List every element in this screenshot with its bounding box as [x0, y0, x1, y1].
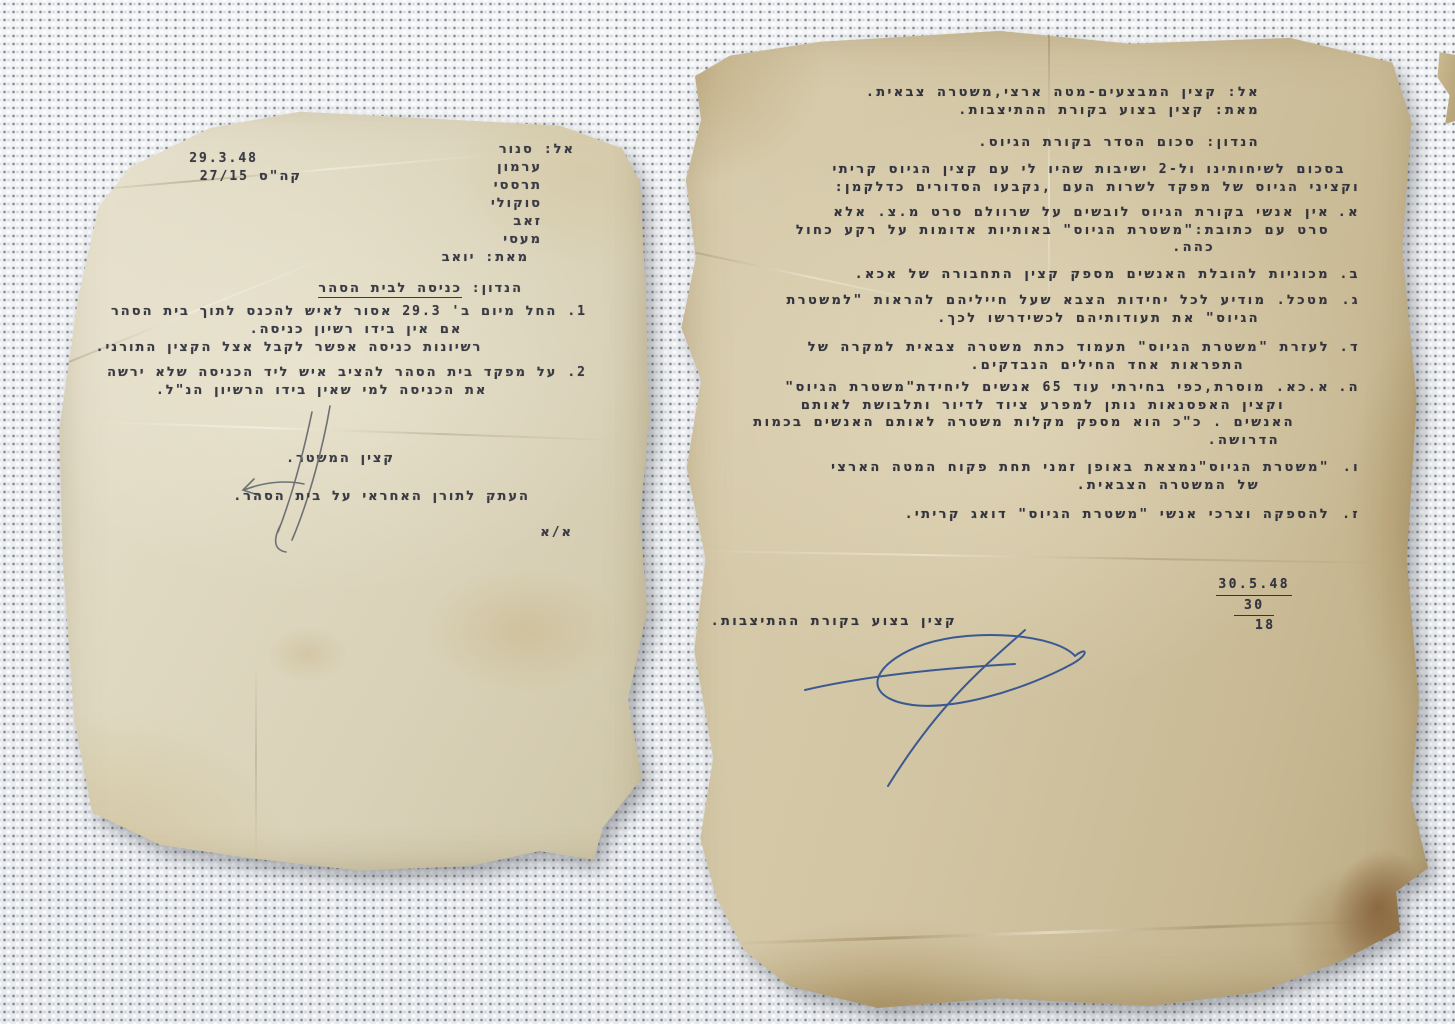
intro-line: בסכום לשיחותינו ול-2 ישיבות שהיו לי עם ק… [833, 161, 1361, 179]
section-letter: ד. [1330, 339, 1360, 357]
left-doc-paragraph-1: 1. החל מיום ב' 29.3 אסור לאיש להכנס לתוך… [96, 303, 587, 357]
section-line: של המשטרה הצבאית. [831, 477, 1330, 495]
from-label: מאת: [1215, 103, 1260, 118]
right-doc-from-line: מאת: קצין בצוע בקורת ההתיצבות. [958, 102, 1260, 120]
address-row: אל: סנור [442, 141, 575, 159]
section-line: הדרושה. [753, 432, 1330, 450]
to-label: אל: [544, 141, 575, 159]
left-doc-paragraph-2: 2. על מפקד בית הסהר להציב איש ליד הכניסה… [107, 364, 587, 400]
section-g: ז. להספקה וצרכי אנשי "משטרת הגיוס" דואג … [905, 506, 1360, 524]
section-line: "משטרת הגיוס"נמצאת באופן זמני תחת פקוח ה… [831, 459, 1330, 477]
section-e: ה. א.כא. מוסרת,כפי בחירתי עוד 65 אנשים ל… [753, 379, 1360, 449]
paragraph-line: על מפקד בית הסהר להציב איש ליד הכניסה של… [107, 364, 557, 382]
left-doc-date: 29.3.48 [189, 150, 258, 168]
section-line: אין אנשי בקורת הגיוס לובשים על שרוולם סר… [796, 204, 1330, 222]
section-f: ו. "משטרת הגיוס"נמצאת באופן זמני תחת פקו… [831, 459, 1360, 494]
subject-label: הנדון: [472, 281, 523, 296]
subject-text: כניסה לבית הסהר [318, 281, 462, 298]
section-letter: ג. [1330, 292, 1360, 310]
signature-ink [770, 618, 1100, 798]
recipient-name: זאב [513, 213, 542, 231]
section-line: להספקה וצרכי אנשי "משטרת הגיוס" דואג קרי… [905, 506, 1330, 524]
section-letter: א. [1330, 204, 1360, 222]
right-doc-subject-line: הנדון: סכום הסדר בקורת הגיוס. [979, 134, 1260, 152]
section-a: א. אין אנשי בקורת הגיוס לובשים על שרוולם… [796, 204, 1360, 257]
file-number-bottom: 18 [1255, 617, 1275, 635]
section-line: מכוניות להובלת האנשים מספק קצין התחבורה … [855, 266, 1330, 284]
address-row: ערמון [442, 159, 542, 177]
section-letter: ה. [1330, 379, 1360, 397]
recipient-name: סוקולי [491, 195, 542, 213]
from-name: יואב [442, 249, 476, 267]
section-line: מטכל. מודיע לכל יחידות הצבא שעל חייליהם … [786, 292, 1330, 310]
right-doc-to-line: אל: קצין המבצעים-מטה ארצי,משטרה צבאית. [866, 84, 1260, 102]
stain-patch [1294, 829, 1436, 993]
section-line: וקצין האפסנאות נותן למפרע ציוד לדיור ותל… [753, 397, 1330, 415]
left-doc-copy-note: העתק לתורן האחראי על בית הסהר. [233, 488, 530, 506]
intro-line: וקציני הגיוס של מפקד לשרות העם ,נקבעו הס… [833, 179, 1361, 197]
left-doc-ref: קה"ס 27/15 [200, 168, 302, 186]
paragraph-line: החל מיום ב' 29.3 אסור לאיש להכנס לתוך בי… [96, 303, 558, 321]
section-line: הגיוס" את תעודותיהם לכשידרשו לכך. [786, 310, 1330, 328]
recipient-name: סנור [499, 141, 534, 159]
section-letter: ב. [1330, 266, 1360, 284]
from-text: קצין בצוע בקורת ההתיצבות. [958, 103, 1204, 118]
recipient-name: מעסי [503, 231, 542, 249]
section-c: ג. מטכל. מודיע לכל יחידות הצבא שעל חיילי… [786, 292, 1360, 327]
subject-label: הנדון: [1206, 135, 1260, 150]
left-doc-subject-line: הנדון: כניסה לבית הסהר [318, 280, 523, 298]
section-d: ד. לעזרת "משטרת הגיוס" תעמוד כתת משטרה צ… [808, 339, 1360, 374]
recipient-name: תרססי [494, 177, 542, 195]
section-line: התפראות אחד החילים הנבדקים. [808, 357, 1330, 375]
right-doc-intro: בסכום לשיחותינו ול-2 ישיבות שהיו לי עם ק… [833, 161, 1361, 196]
address-row-from: מאת: יואב [442, 249, 529, 267]
section-line: סרט עם כתובת:"משטרת הגיוס" באותיות אדומו… [796, 222, 1330, 240]
right-doc-date-block: 30.5.48 30 18 [1216, 576, 1292, 635]
left-doc-address-block: אל: סנור ערמון תרססי סוקולי זאב מעסי מאת… [442, 141, 575, 267]
address-row: מעסי [442, 231, 542, 249]
address-row: תרססי [442, 177, 542, 195]
to-text: קצין המבצעים-מטה ארצי,משטרה צבאית. [866, 85, 1217, 100]
paragraph-number: 2. [567, 364, 587, 382]
crease-line [690, 550, 1390, 564]
photo-of-documents: 29.3.48 קה"ס 27/15 אל: סנור ערמון תרססי … [0, 0, 1455, 1024]
file-number-top: 30 [1234, 597, 1274, 617]
section-line: כהה. [796, 239, 1330, 257]
date-value: 30.5.48 [1216, 576, 1292, 596]
section-letter: ז. [1330, 506, 1360, 524]
paragraph-line: רשיונות כניסה אפשר לקבל אצל הקצין התורני… [96, 339, 558, 357]
section-b: ב. מכוניות להובלת האנשים מספק קצין התחבו… [855, 266, 1360, 284]
subject-text: סכום הסדר בקורת הגיוס. [979, 135, 1197, 150]
address-row: זאב [442, 213, 542, 231]
section-letter: ו. [1330, 459, 1360, 477]
section-line: האנשים . כ"כ הוא מספק מקלות משטרה לאותם … [753, 414, 1330, 432]
from-label: מאת: [485, 249, 529, 267]
recipient-name: ערמון [497, 159, 542, 177]
section-line: א.כא. מוסרת,כפי בחירתי עוד 65 אנשים ליחי… [753, 379, 1330, 397]
signature-pencil [228, 398, 368, 558]
to-label: אל: [1228, 85, 1260, 100]
paragraph-number: 1. [567, 303, 587, 321]
paragraph-line: אם אין בידו רשיון כניסה. [96, 321, 558, 339]
address-row: סוקולי [442, 195, 542, 213]
section-line: לעזרת "משטרת הגיוס" תעמוד כתת משטרה צבאי… [808, 339, 1330, 357]
left-doc-initials: א/א [540, 524, 573, 542]
crease-line [730, 920, 1370, 945]
